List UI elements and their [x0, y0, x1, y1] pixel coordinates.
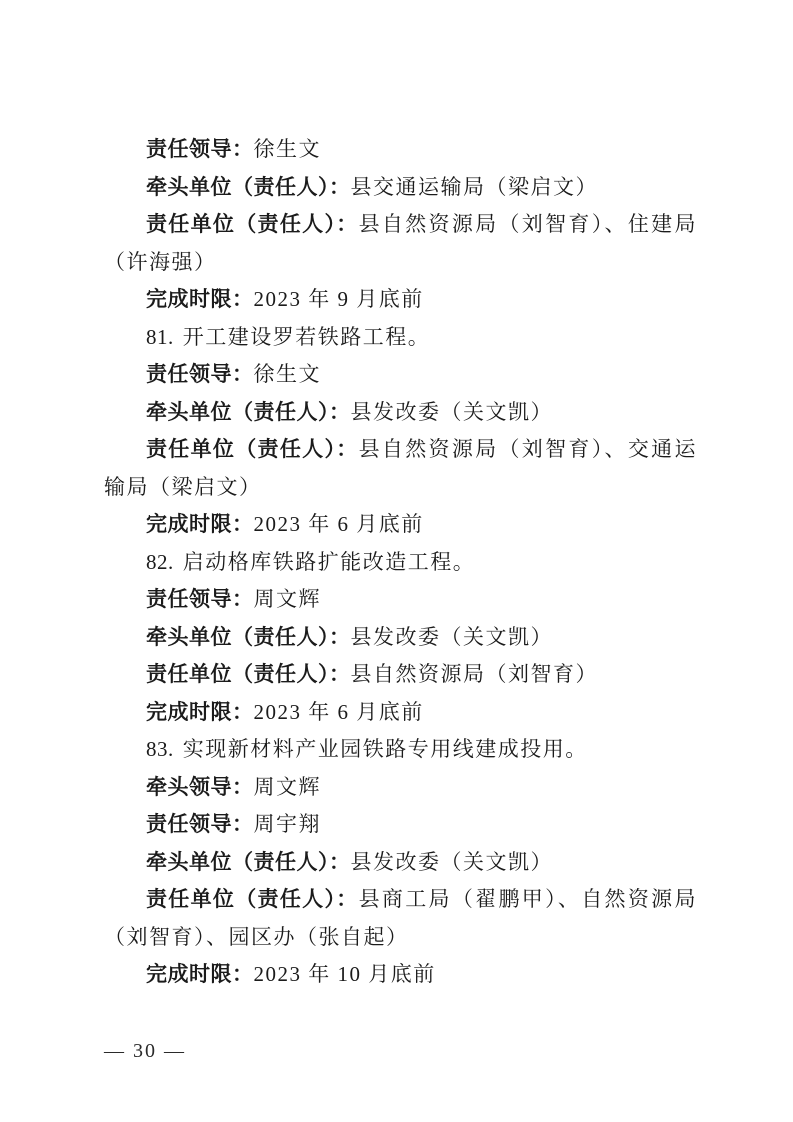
- page-number: — 30 —: [104, 1040, 186, 1063]
- field-label: 责任领导：: [146, 588, 254, 611]
- field-paragraph: 责任领导：周宇翔: [104, 806, 697, 844]
- field-label: 责任领导：: [146, 138, 254, 161]
- field-label: 牵头单位（责任人）：: [146, 851, 351, 874]
- item-title-paragraph: 83.实现新材料产业园铁路专用线建成投用。: [104, 731, 697, 769]
- field-label: 完成时限：: [146, 701, 254, 724]
- document-page: 责任领导：徐生文 牵头单位（责任人）：县交通运输局（梁启文） 责任单位（责任人）…: [0, 0, 793, 1122]
- field-value: 徐生文: [254, 137, 322, 161]
- field-paragraph: 牵头单位（责任人）：县发改委（关文凯）: [104, 844, 697, 882]
- field-paragraph: 牵头单位（责任人）：县交通运输局（梁启文）: [104, 169, 697, 207]
- field-label: 责任单位（责任人）：: [146, 663, 351, 686]
- field-value: 周文辉: [254, 775, 322, 799]
- field-paragraph: 责任领导：徐生文: [104, 131, 697, 169]
- item-title-paragraph: 81.开工建设罗若铁路工程。: [104, 319, 697, 357]
- field-value: 2023 年 6 月底前: [254, 700, 424, 724]
- field-value: 县自然资源局（刘智育）: [351, 662, 599, 686]
- field-value: 2023 年 6 月底前: [254, 512, 424, 536]
- field-label: 责任单位（责任人）：: [146, 213, 359, 236]
- field-paragraph: 牵头单位（责任人）：县发改委（关文凯）: [104, 394, 697, 432]
- item-number: 83.: [146, 737, 174, 761]
- document-body: 责任领导：徐生文 牵头单位（责任人）：县交通运输局（梁启文） 责任单位（责任人）…: [104, 131, 697, 994]
- item-title: 实现新材料产业园铁路专用线建成投用。: [183, 737, 588, 761]
- item-title: 启动格库铁路扩能改造工程。: [183, 550, 476, 574]
- field-paragraph: 责任领导：周文辉: [104, 581, 697, 619]
- field-value: 周文辉: [254, 587, 322, 611]
- field-paragraph: 牵头领导：周文辉: [104, 769, 697, 807]
- field-paragraph: 完成时限：2023 年 6 月底前: [104, 506, 697, 544]
- field-label: 完成时限：: [146, 513, 254, 536]
- field-paragraph: 责任单位（责任人）：县自然资源局（刘智育）、住建局（许海强）: [104, 206, 697, 281]
- field-value: 县发改委（关文凯）: [351, 400, 554, 424]
- field-paragraph: 牵头单位（责任人）：县发改委（关文凯）: [104, 619, 697, 657]
- field-value: 2023 年 10 月底前: [254, 962, 436, 986]
- field-value: 2023 年 9 月底前: [254, 287, 424, 311]
- field-label: 牵头单位（责任人）：: [146, 626, 351, 649]
- item-title: 开工建设罗若铁路工程。: [183, 325, 431, 349]
- item-number: 81.: [146, 325, 174, 349]
- field-paragraph: 责任单位（责任人）：县商工局（翟鹏甲）、自然资源局（刘智育）、园区办（张自起）: [104, 881, 697, 956]
- field-label: 牵头领导：: [146, 776, 254, 799]
- field-label: 牵头单位（责任人）：: [146, 401, 351, 424]
- field-paragraph: 责任单位（责任人）：县自然资源局（刘智育）: [104, 656, 697, 694]
- field-paragraph: 完成时限：2023 年 10 月底前: [104, 956, 697, 994]
- field-value: 县发改委（关文凯）: [351, 850, 554, 874]
- field-paragraph: 完成时限：2023 年 9 月底前: [104, 281, 697, 319]
- field-label: 责任单位（责任人）：: [146, 438, 359, 461]
- field-label: 牵头单位（责任人）：: [146, 176, 351, 199]
- field-paragraph: 责任单位（责任人）：县自然资源局（刘智育）、交通运输局（梁启文）: [104, 431, 697, 506]
- field-value: 县发改委（关文凯）: [351, 625, 554, 649]
- field-label: 完成时限：: [146, 963, 254, 986]
- field-paragraph: 责任领导：徐生文: [104, 356, 697, 394]
- field-value: 徐生文: [254, 362, 322, 386]
- field-label: 责任单位（责任人）：: [146, 888, 359, 911]
- item-number: 82.: [146, 550, 174, 574]
- field-label: 责任领导：: [146, 813, 254, 836]
- field-label: 责任领导：: [146, 363, 254, 386]
- field-value: 县交通运输局（梁启文）: [351, 175, 599, 199]
- field-label: 完成时限：: [146, 288, 254, 311]
- field-value: 周宇翔: [254, 812, 322, 836]
- item-title-paragraph: 82.启动格库铁路扩能改造工程。: [104, 544, 697, 582]
- field-paragraph: 完成时限：2023 年 6 月底前: [104, 694, 697, 732]
